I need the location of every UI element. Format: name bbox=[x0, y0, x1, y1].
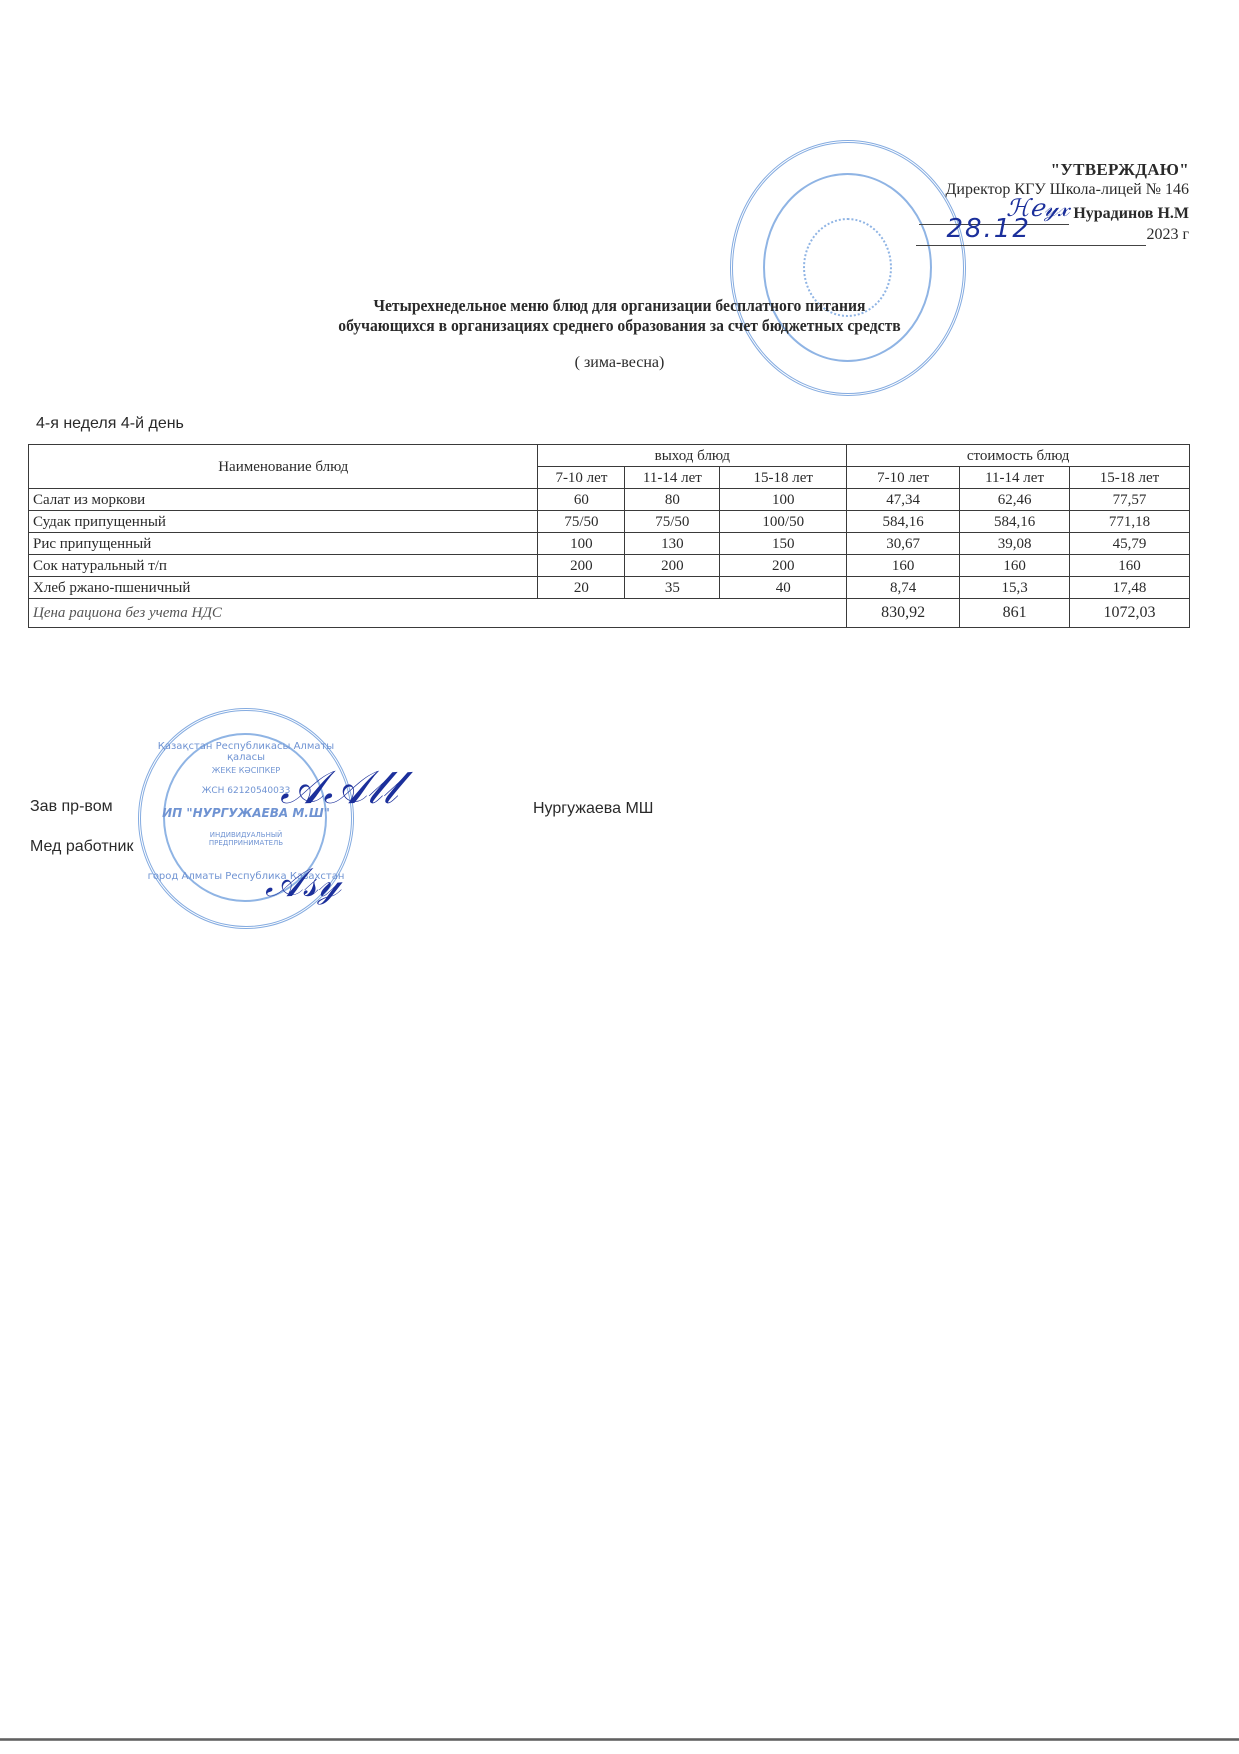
dish-name: Хлеб ржано-пшеничный bbox=[29, 577, 538, 599]
head-of-production-label: Зав пр-вом bbox=[30, 798, 113, 816]
total-blank bbox=[720, 599, 847, 628]
head-signature: 𝒜𝒜𝓁𝓁 bbox=[280, 760, 398, 816]
header-yield-age-1: 7-10 лет bbox=[538, 467, 625, 489]
table-row: Хлеб ржано-пшеничный2035408,7415,317,48 bbox=[29, 577, 1190, 599]
cost-age-1: 30,67 bbox=[847, 533, 960, 555]
cost-age-3: 771,18 bbox=[1070, 511, 1190, 533]
approval-block: "УТВЕРЖДАЮ" Директор КГУ Школа-лицей № 1… bbox=[916, 160, 1189, 246]
cost-age-3: 45,79 bbox=[1070, 533, 1190, 555]
cost-age-2: 15,3 bbox=[960, 577, 1070, 599]
menu-table: Наименование блюд выход блюд стоимость б… bbox=[28, 444, 1190, 628]
approval-date-line: 28.12 bbox=[916, 225, 1146, 246]
approval-year: 2023 г bbox=[1146, 226, 1189, 243]
yield-age-2: 80 bbox=[625, 489, 720, 511]
total-cost-age-1: 830,92 bbox=[847, 599, 960, 628]
total-label: Цена рациона без учета НДС bbox=[29, 599, 720, 628]
yield-age-2: 75/50 bbox=[625, 511, 720, 533]
table-header-row-groups: Наименование блюд выход блюд стоимость б… bbox=[29, 445, 1190, 467]
dish-name: Судак припущенный bbox=[29, 511, 538, 533]
medical-worker-label: Мед работник bbox=[30, 838, 133, 856]
handwritten-date: 28.12 bbox=[946, 219, 1030, 239]
total-cost-age-2: 861 bbox=[960, 599, 1070, 628]
table-row: Сок натуральный т/п200200200160160160 bbox=[29, 555, 1190, 577]
cost-age-1: 8,74 bbox=[847, 577, 960, 599]
cost-age-3: 17,48 bbox=[1070, 577, 1190, 599]
yield-age-1: 75/50 bbox=[538, 511, 625, 533]
yield-age-1: 200 bbox=[538, 555, 625, 577]
header-yield-age-3: 15-18 лет bbox=[720, 467, 847, 489]
yield-age-3: 40 bbox=[720, 577, 847, 599]
total-row: Цена рациона без учета НДС 830,92 861 10… bbox=[29, 599, 1190, 628]
header-cost-age-1: 7-10 лет bbox=[847, 467, 960, 489]
page-bottom-edge bbox=[0, 1738, 1239, 1741]
cost-age-1: 47,34 bbox=[847, 489, 960, 511]
title-line-1: Четырехнедельное меню блюд для организац… bbox=[50, 296, 1190, 316]
dish-name: Салат из моркови bbox=[29, 489, 538, 511]
yield-age-3: 100/50 bbox=[720, 511, 847, 533]
yield-age-2: 200 bbox=[625, 555, 720, 577]
document-title: Четырехнедельное меню блюд для организац… bbox=[50, 296, 1190, 336]
cost-age-2: 62,46 bbox=[960, 489, 1070, 511]
header-cost-age-3: 15-18 лет bbox=[1070, 467, 1190, 489]
header-yield-age-2: 11-14 лет bbox=[625, 467, 720, 489]
header-cost-group: стоимость блюд bbox=[847, 445, 1190, 467]
yield-age-1: 60 bbox=[538, 489, 625, 511]
total-cost-age-3: 1072,03 bbox=[1070, 599, 1190, 628]
table-row: Салат из моркови608010047,3462,4677,57 bbox=[29, 489, 1190, 511]
medical-signature: 𝒜𝓈𝓎 bbox=[265, 860, 341, 906]
head-of-production-name: Нургужаева МШ bbox=[533, 800, 653, 818]
dish-name: Рис припущенный bbox=[29, 533, 538, 555]
stamp-inner-bottom-text: ИНДИВИДУАЛЬНЫЙ ПРЕДПРИНИМАТЕЛЬ bbox=[141, 831, 351, 847]
cost-age-2: 160 bbox=[960, 555, 1070, 577]
cost-age-1: 584,16 bbox=[847, 511, 960, 533]
table-row: Рис припущенный10013015030,6739,0845,79 bbox=[29, 533, 1190, 555]
season-label: ( зима-весна) bbox=[0, 354, 1239, 372]
yield-age-3: 100 bbox=[720, 489, 847, 511]
cost-age-3: 160 bbox=[1070, 555, 1190, 577]
yield-age-3: 150 bbox=[720, 533, 847, 555]
approver-name: Нурадинов Н.М bbox=[1073, 205, 1189, 222]
table-row: Судак припущенный75/5075/50100/50584,165… bbox=[29, 511, 1190, 533]
week-day-label: 4-я неделя 4-й день bbox=[36, 415, 184, 433]
cost-age-2: 584,16 bbox=[960, 511, 1070, 533]
yield-age-1: 20 bbox=[538, 577, 625, 599]
title-line-2: обучающихся в организациях среднего обра… bbox=[50, 316, 1190, 336]
yield-age-3: 200 bbox=[720, 555, 847, 577]
yield-age-2: 130 bbox=[625, 533, 720, 555]
cost-age-2: 39,08 bbox=[960, 533, 1070, 555]
approval-title: "УТВЕРЖДАЮ" bbox=[916, 160, 1189, 180]
cost-age-3: 77,57 bbox=[1070, 489, 1190, 511]
cost-age-1: 160 bbox=[847, 555, 960, 577]
yield-age-2: 35 bbox=[625, 577, 720, 599]
dish-name: Сок натуральный т/п bbox=[29, 555, 538, 577]
yield-age-1: 100 bbox=[538, 533, 625, 555]
header-yield-group: выход блюд bbox=[538, 445, 847, 467]
header-cost-age-2: 11-14 лет bbox=[960, 467, 1070, 489]
header-dish-name: Наименование блюд bbox=[29, 445, 538, 489]
